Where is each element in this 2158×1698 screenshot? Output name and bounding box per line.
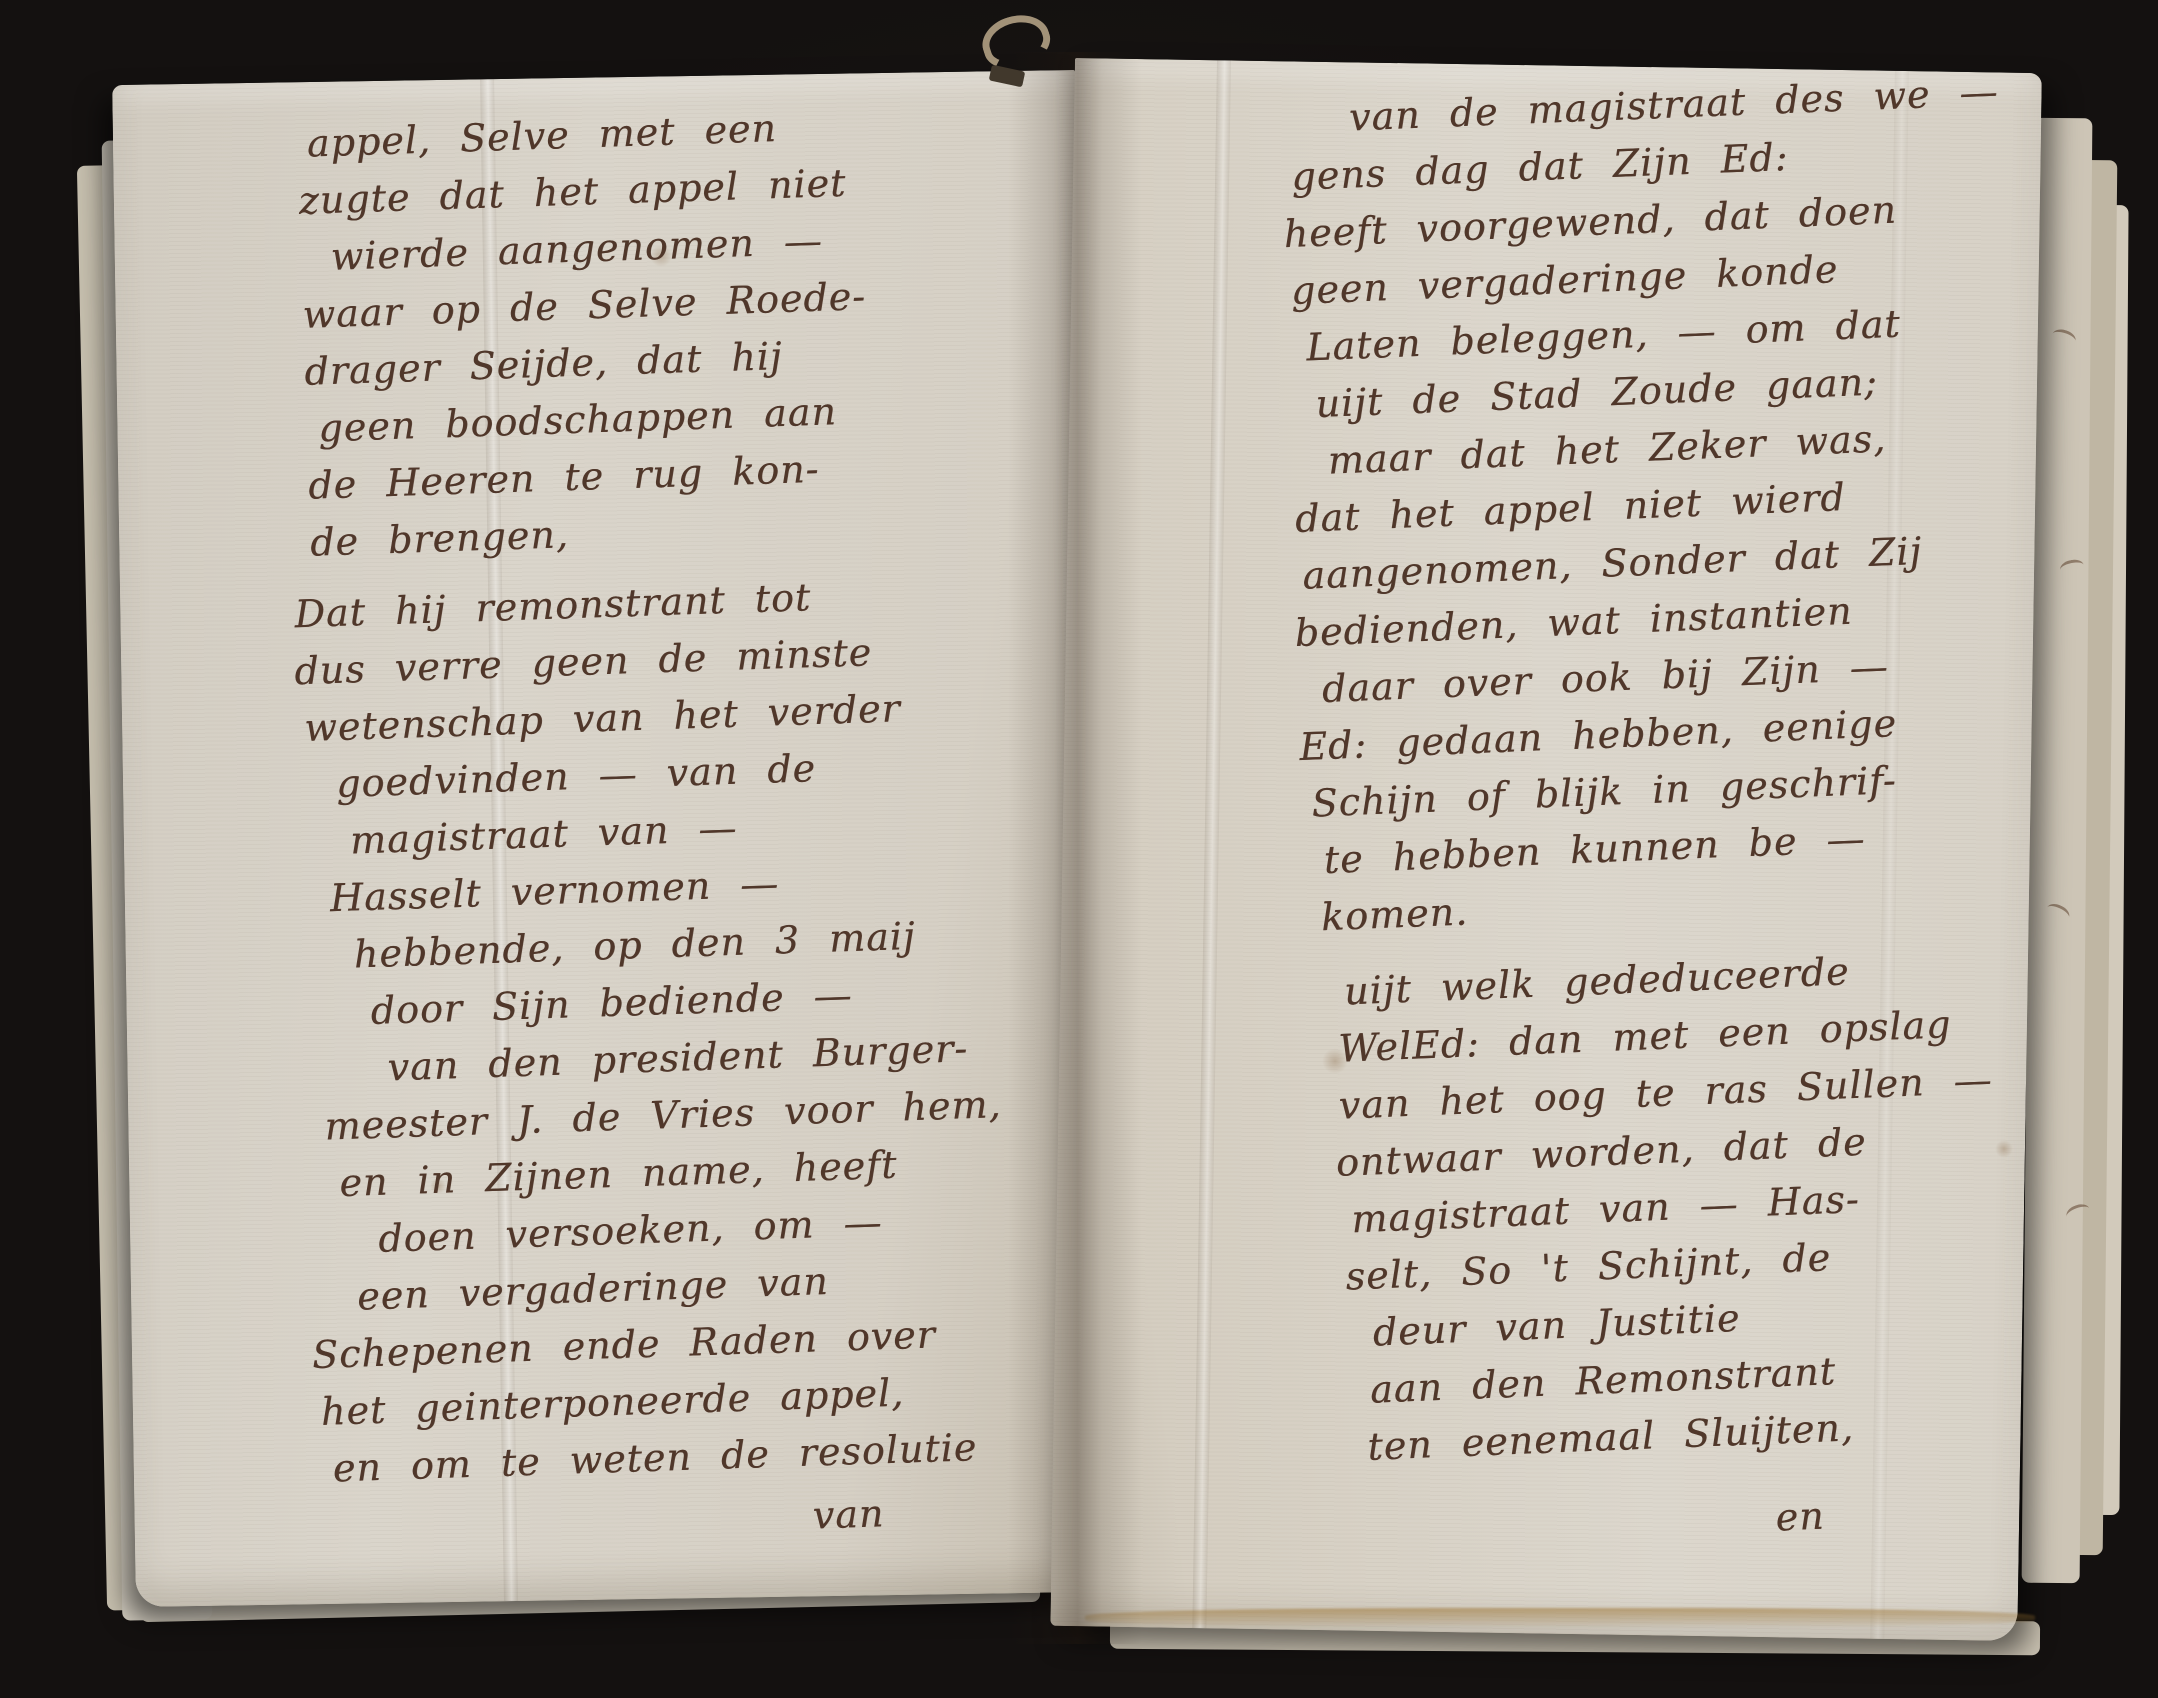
manuscript-photo: appel, Selve met een zugte dat het appel… xyxy=(0,0,2158,1698)
catchword: van xyxy=(812,1481,1016,1545)
right-page-text: van de magistraat des we — gens dag dat … xyxy=(1288,64,2056,1564)
catchword: en xyxy=(1774,1478,2056,1546)
fold-crease xyxy=(1192,60,1231,1628)
deckle-edge xyxy=(1085,1608,2035,1628)
binding-thread-loop xyxy=(976,7,1056,76)
binding-thread xyxy=(982,16,1050,66)
left-page-text: appel, Selve met een zugte dat het appel… xyxy=(296,94,1016,1560)
